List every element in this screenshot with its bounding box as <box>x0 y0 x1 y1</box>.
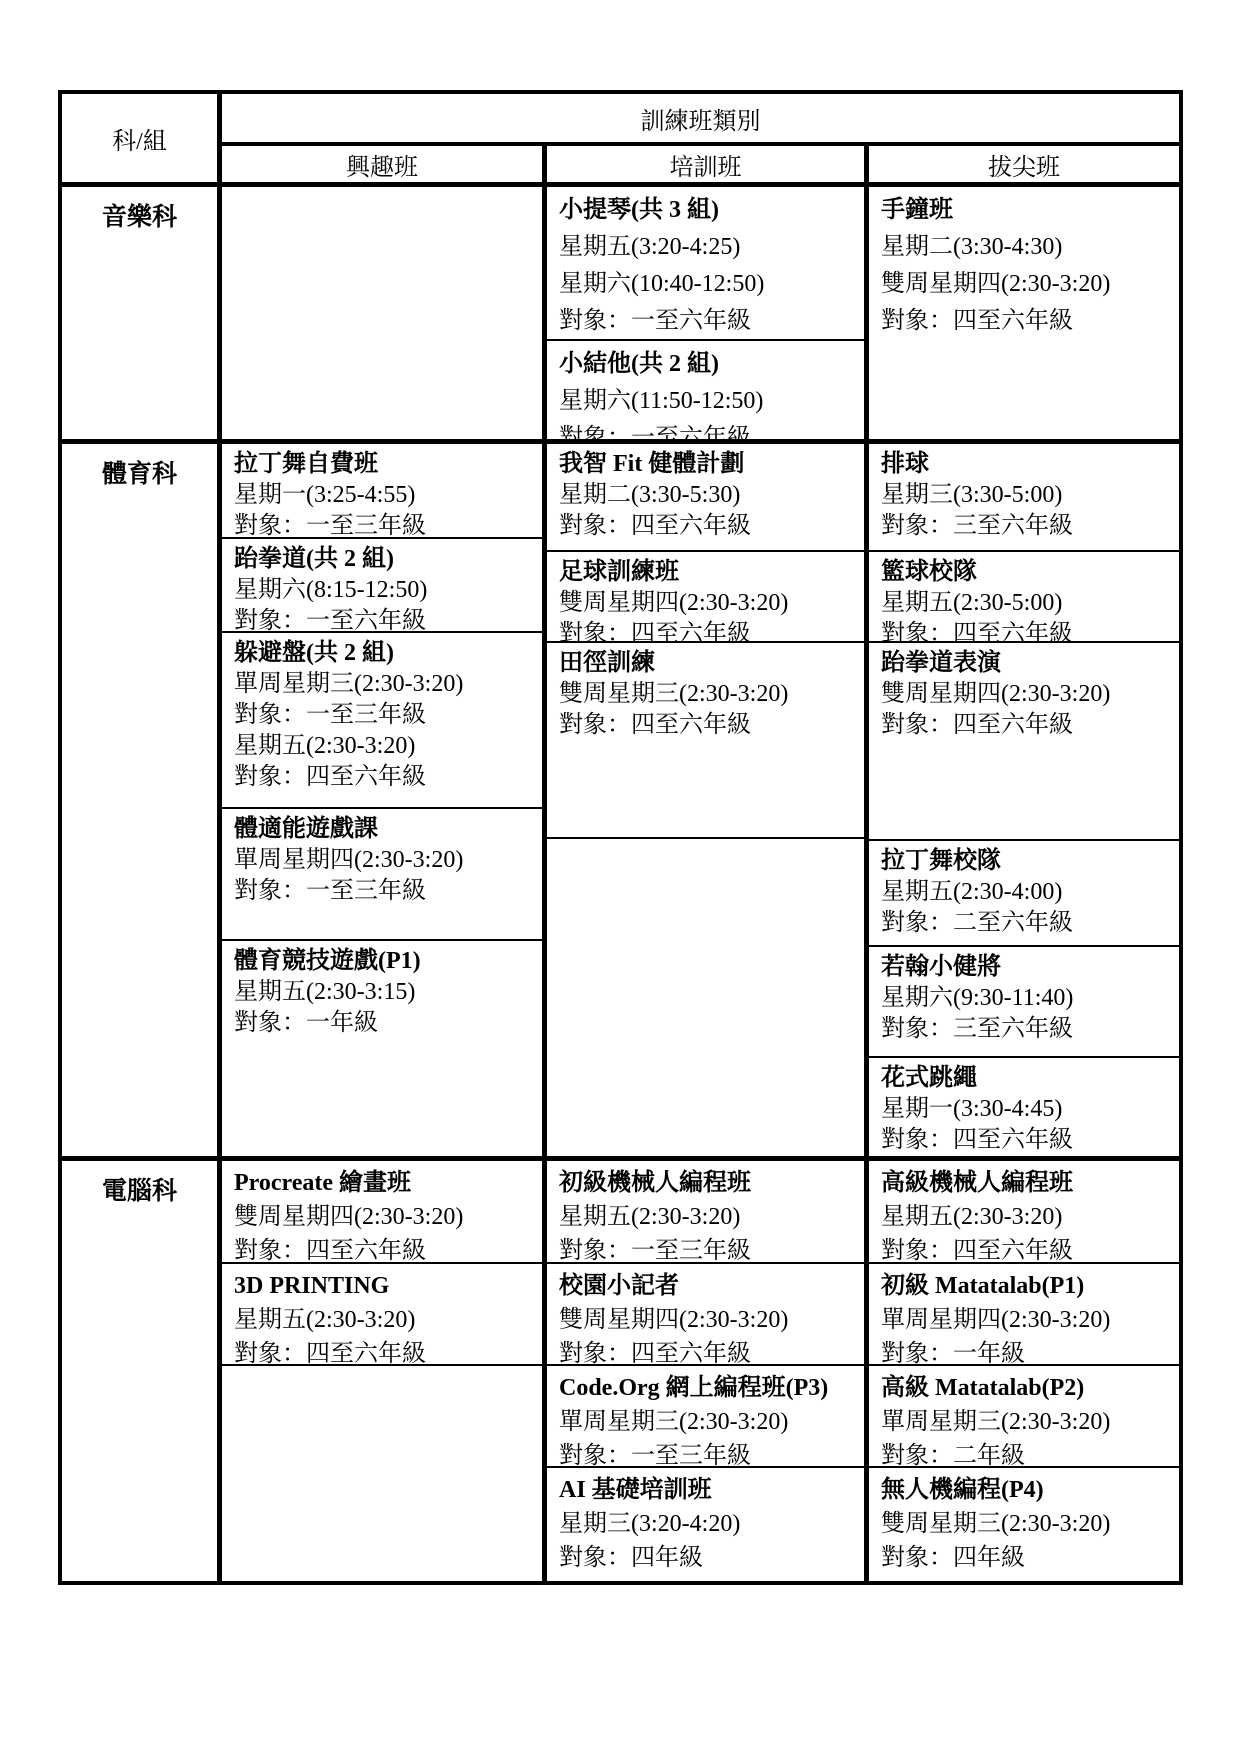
section-label-physical-education: 體育科 <box>62 439 217 1156</box>
class-cell: 跆拳道表演雙周星期四(2:30-3:20)對象：四至六年級 <box>869 641 1179 839</box>
class-schedule-line: 對象：四年級 <box>881 1541 1171 1575</box>
class-cell: 拉丁舞自費班星期一(3:25-4:55)對象：一至三年級 <box>222 444 542 537</box>
class-title: 排球 <box>881 449 1171 480</box>
class-schedule-line: 對象：一年級 <box>881 1337 1171 1364</box>
class-title: 3D PRINTING <box>234 1269 534 1303</box>
class-schedule-line: 雙周星期四(2:30-3:20) <box>559 1303 856 1337</box>
class-schedule-line: 對象：四至六年級 <box>881 1125 1171 1156</box>
class-title: 我智 Fit 健體計劃 <box>559 449 856 480</box>
class-title: 拉丁舞校隊 <box>881 846 1171 877</box>
class-schedule-line: 星期五(2:30-3:20) <box>881 1200 1171 1234</box>
class-title: 無人機編程(P4) <box>881 1473 1171 1507</box>
class-cell: 初級 Matatalab(P1)單周星期四(2:30-3:20)對象：一年級 <box>869 1262 1179 1364</box>
class-schedule-line: 雙周星期三(2:30-3:20) <box>881 1507 1171 1541</box>
class-schedule-line: 對象：一至三年級 <box>559 1439 856 1466</box>
class-title: 初級機械人編程班 <box>559 1166 856 1200</box>
class-cell: 若翰小健將星期六(9:30-11:40)對象：三至六年級 <box>869 945 1179 1056</box>
music-interest-column <box>217 182 542 439</box>
class-schedule-line: 對象：一至三年級 <box>234 700 534 731</box>
class-cell: 高級機械人編程班星期五(2:30-3:20)對象：四至六年級 <box>869 1161 1179 1262</box>
class-schedule-line: 星期五(2:30-3:20) <box>234 731 534 762</box>
class-schedule-line: 星期六(10:40-12:50) <box>559 266 856 303</box>
empty-cell <box>222 187 542 439</box>
column-header-training-class: 培訓班 <box>542 142 864 182</box>
class-schedule-line: 對象：一至三年級 <box>234 511 534 537</box>
class-schedule-line: 雙周星期四(2:30-3:20) <box>559 588 856 619</box>
class-schedule-line: 對象：四至六年級 <box>881 710 1171 741</box>
class-schedule-line: 單周星期三(2:30-3:20) <box>881 1405 1171 1439</box>
class-title: 跆拳道(共 2 組) <box>234 544 534 575</box>
class-schedule-line: 星期五(3:20-4:25) <box>559 229 856 266</box>
class-title: AI 基礎培訓班 <box>559 1473 856 1507</box>
class-schedule-line: 星期五(2:30-4:00) <box>881 877 1171 908</box>
class-title: 高級 Matatalab(P2) <box>881 1371 1171 1405</box>
class-schedule-line: 對象：四至六年級 <box>881 619 1171 641</box>
class-schedule-line: 對象：四至六年級 <box>234 762 534 793</box>
class-schedule-line: 星期五(2:30-3:20) <box>234 1303 534 1337</box>
class-cell: Code.Org 網上編程班(P3)單周星期三(2:30-3:20)對象：一至三… <box>547 1364 864 1466</box>
class-schedule-line: 對象：四至六年級 <box>559 511 856 542</box>
class-schedule-line: 對象：二至六年級 <box>881 908 1171 939</box>
corner-header-subject-group: 科/組 <box>62 94 217 182</box>
class-title: 初級 Matatalab(P1) <box>881 1269 1171 1303</box>
class-schedule-line: 對象：一年級 <box>234 1008 534 1039</box>
class-title: 足球訓練班 <box>559 557 856 588</box>
class-title: 小提琴(共 3 組) <box>559 192 856 229</box>
class-schedule-line: 星期六(8:15-12:50) <box>234 575 534 606</box>
class-schedule-line: 星期六(9:30-11:40) <box>881 983 1171 1014</box>
class-cell: 初級機械人編程班星期五(2:30-3:20)對象：一至三年級 <box>547 1161 864 1262</box>
class-title: 手鐘班 <box>881 192 1171 229</box>
class-cell: 體適能遊戲課單周星期四(2:30-3:20)對象：一至三年級 <box>222 807 542 939</box>
computer-training-column: 初級機械人編程班星期五(2:30-3:20)對象：一至三年級校園小記者雙周星期四… <box>542 1156 864 1581</box>
class-title: 小結他(共 2 組) <box>559 346 856 383</box>
class-schedule-line: 星期三(3:20-4:20) <box>559 1507 856 1541</box>
class-cell: 足球訓練班雙周星期四(2:30-3:20)對象：四至六年級 <box>547 550 864 641</box>
class-schedule-line: 對象：一至六年級 <box>559 420 856 439</box>
class-title: Code.Org 網上編程班(P3) <box>559 1371 856 1405</box>
class-schedule-line: 星期六(11:50-12:50) <box>559 383 856 420</box>
class-schedule-line: 雙周星期四(2:30-3:20) <box>234 1200 534 1234</box>
class-schedule-line: 對象：二年級 <box>881 1439 1171 1466</box>
class-schedule-line: 對象：一至三年級 <box>234 876 534 907</box>
class-cell: 我智 Fit 健體計劃星期二(3:30-5:30)對象：四至六年級 <box>547 444 864 550</box>
class-schedule-line: 雙周星期三(2:30-3:20) <box>559 679 856 710</box>
class-cell: 田徑訓練雙周星期三(2:30-3:20)對象：四至六年級 <box>547 641 864 837</box>
column-header-interest-class: 興趣班 <box>217 142 542 182</box>
class-title: 若翰小健將 <box>881 952 1171 983</box>
class-schedule-line: 雙周星期四(2:30-3:20) <box>881 266 1171 303</box>
class-title: 校園小記者 <box>559 1269 856 1303</box>
header-training-class-category: 訓練班類別 <box>217 94 1179 142</box>
class-schedule-line: 單周星期三(2:30-3:20) <box>234 669 534 700</box>
empty-cell <box>222 1364 542 1581</box>
pe-elite-column: 排球星期三(3:30-5:00)對象：三至六年級籃球校隊星期五(2:30-5:0… <box>864 439 1179 1156</box>
class-schedule-line: 對象：一至六年級 <box>559 303 856 339</box>
class-cell: 無人機編程(P4)雙周星期三(2:30-3:20)對象：四年級 <box>869 1466 1179 1581</box>
music-elite-column: 手鐘班星期二(3:30-4:30)雙周星期四(2:30-3:20)對象：四至六年… <box>864 182 1179 439</box>
class-schedule-line: 對象：三至六年級 <box>881 1014 1171 1045</box>
class-schedule-line: 星期五(2:30-3:20) <box>559 1200 856 1234</box>
class-cell: 籃球校隊星期五(2:30-5:00)對象：四至六年級 <box>869 550 1179 641</box>
class-schedule-line: 對象：四至六年級 <box>559 710 856 741</box>
class-schedule-line: 對象：四年級 <box>559 1541 856 1575</box>
pe-training-column: 我智 Fit 健體計劃星期二(3:30-5:30)對象：四至六年級足球訓練班雙周… <box>542 439 864 1156</box>
class-schedule-line: 對象：四至六年級 <box>234 1337 534 1364</box>
class-schedule-line: 對象：一至六年級 <box>234 606 534 631</box>
class-schedule-line: 星期三(3:30-5:00) <box>881 480 1171 511</box>
class-cell: 體育競技遊戲(P1)星期五(2:30-3:15)對象：一年級 <box>222 939 542 1156</box>
class-cell: 小結他(共 2 組)星期六(11:50-12:50)對象：一至六年級 <box>547 339 864 439</box>
class-schedule-line: 對象：一至三年級 <box>559 1234 856 1262</box>
class-cell: 小提琴(共 3 組)星期五(3:20-4:25)星期六(10:40-12:50)… <box>547 187 864 339</box>
class-title: 跆拳道表演 <box>881 648 1171 679</box>
class-cell: 躲避盤(共 2 組)單周星期三(2:30-3:20)對象：一至三年級星期五(2:… <box>222 631 542 807</box>
class-schedule-line: 對象：四至六年級 <box>234 1234 534 1262</box>
computer-elite-column: 高級機械人編程班星期五(2:30-3:20)對象：四至六年級初級 Matatal… <box>864 1156 1179 1581</box>
class-cell: 排球星期三(3:30-5:00)對象：三至六年級 <box>869 444 1179 550</box>
computer-interest-column: Procreate 繪畫班雙周星期四(2:30-3:20)對象：四至六年級3D … <box>217 1156 542 1581</box>
section-label-music: 音樂科 <box>62 182 217 439</box>
class-schedule-line: 單周星期四(2:30-3:20) <box>234 845 534 876</box>
class-title: 花式跳繩 <box>881 1063 1171 1094</box>
class-cell: 手鐘班星期二(3:30-4:30)雙周星期四(2:30-3:20)對象：四至六年… <box>869 187 1179 439</box>
class-schedule-line: 星期五(2:30-3:15) <box>234 977 534 1008</box>
class-cell: 花式跳繩星期一(3:30-4:45)對象：四至六年級 <box>869 1056 1179 1156</box>
class-schedule-line: 雙周星期四(2:30-3:20) <box>881 679 1171 710</box>
class-schedule-line: 對象：四至六年級 <box>881 1234 1171 1262</box>
class-cell: 拉丁舞校隊星期五(2:30-4:00)對象：二至六年級 <box>869 839 1179 945</box>
column-header-elite-class: 拔尖班 <box>864 142 1179 182</box>
class-cell: 跆拳道(共 2 組)星期六(8:15-12:50)對象：一至六年級 <box>222 537 542 631</box>
music-training-column: 小提琴(共 3 組)星期五(3:20-4:25)星期六(10:40-12:50)… <box>542 182 864 439</box>
class-schedule-line: 星期一(3:25-4:55) <box>234 480 534 511</box>
class-cell: AI 基礎培訓班星期三(3:20-4:20)對象：四年級 <box>547 1466 864 1581</box>
class-cell: Procreate 繪畫班雙周星期四(2:30-3:20)對象：四至六年級 <box>222 1161 542 1262</box>
class-schedule-line: 星期二(3:30-4:30) <box>881 229 1171 266</box>
class-title: 躲避盤(共 2 組) <box>234 638 534 669</box>
class-schedule-line: 單周星期三(2:30-3:20) <box>559 1405 856 1439</box>
class-title: 體育競技遊戲(P1) <box>234 946 534 977</box>
empty-cell <box>547 837 864 1156</box>
class-schedule-line: 對象：四至六年級 <box>881 303 1171 340</box>
page: { "table": { "corner_label": "科/組", "hea… <box>0 0 1240 1755</box>
class-cell: 高級 Matatalab(P2)單周星期三(2:30-3:20)對象：二年級 <box>869 1364 1179 1466</box>
class-schedule-line: 星期二(3:30-5:30) <box>559 480 856 511</box>
class-cell: 校園小記者雙周星期四(2:30-3:20)對象：四至六年級 <box>547 1262 864 1364</box>
pe-interest-column: 拉丁舞自費班星期一(3:25-4:55)對象：一至三年級跆拳道(共 2 組)星期… <box>217 439 542 1156</box>
class-schedule-line: 星期一(3:30-4:45) <box>881 1094 1171 1125</box>
class-schedule-line: 單周星期四(2:30-3:20) <box>881 1303 1171 1337</box>
training-class-table: 科/組 訓練班類別 興趣班 培訓班 拔尖班 音樂科 小提琴(共 3 組)星期五(… <box>58 90 1183 1585</box>
class-title: 體適能遊戲課 <box>234 814 534 845</box>
class-schedule-line: 對象：四至六年級 <box>559 619 856 641</box>
class-title: 田徑訓練 <box>559 648 856 679</box>
class-title: Procreate 繪畫班 <box>234 1166 534 1200</box>
class-title: 籃球校隊 <box>881 557 1171 588</box>
class-schedule-line: 對象：四至六年級 <box>559 1337 856 1364</box>
class-title: 拉丁舞自費班 <box>234 449 534 480</box>
class-cell: 3D PRINTING星期五(2:30-3:20)對象：四至六年級 <box>222 1262 542 1364</box>
class-schedule-line: 星期五(2:30-5:00) <box>881 588 1171 619</box>
section-label-computer: 電腦科 <box>62 1156 217 1581</box>
class-title: 高級機械人編程班 <box>881 1166 1171 1200</box>
class-schedule-line: 對象：三至六年級 <box>881 511 1171 542</box>
